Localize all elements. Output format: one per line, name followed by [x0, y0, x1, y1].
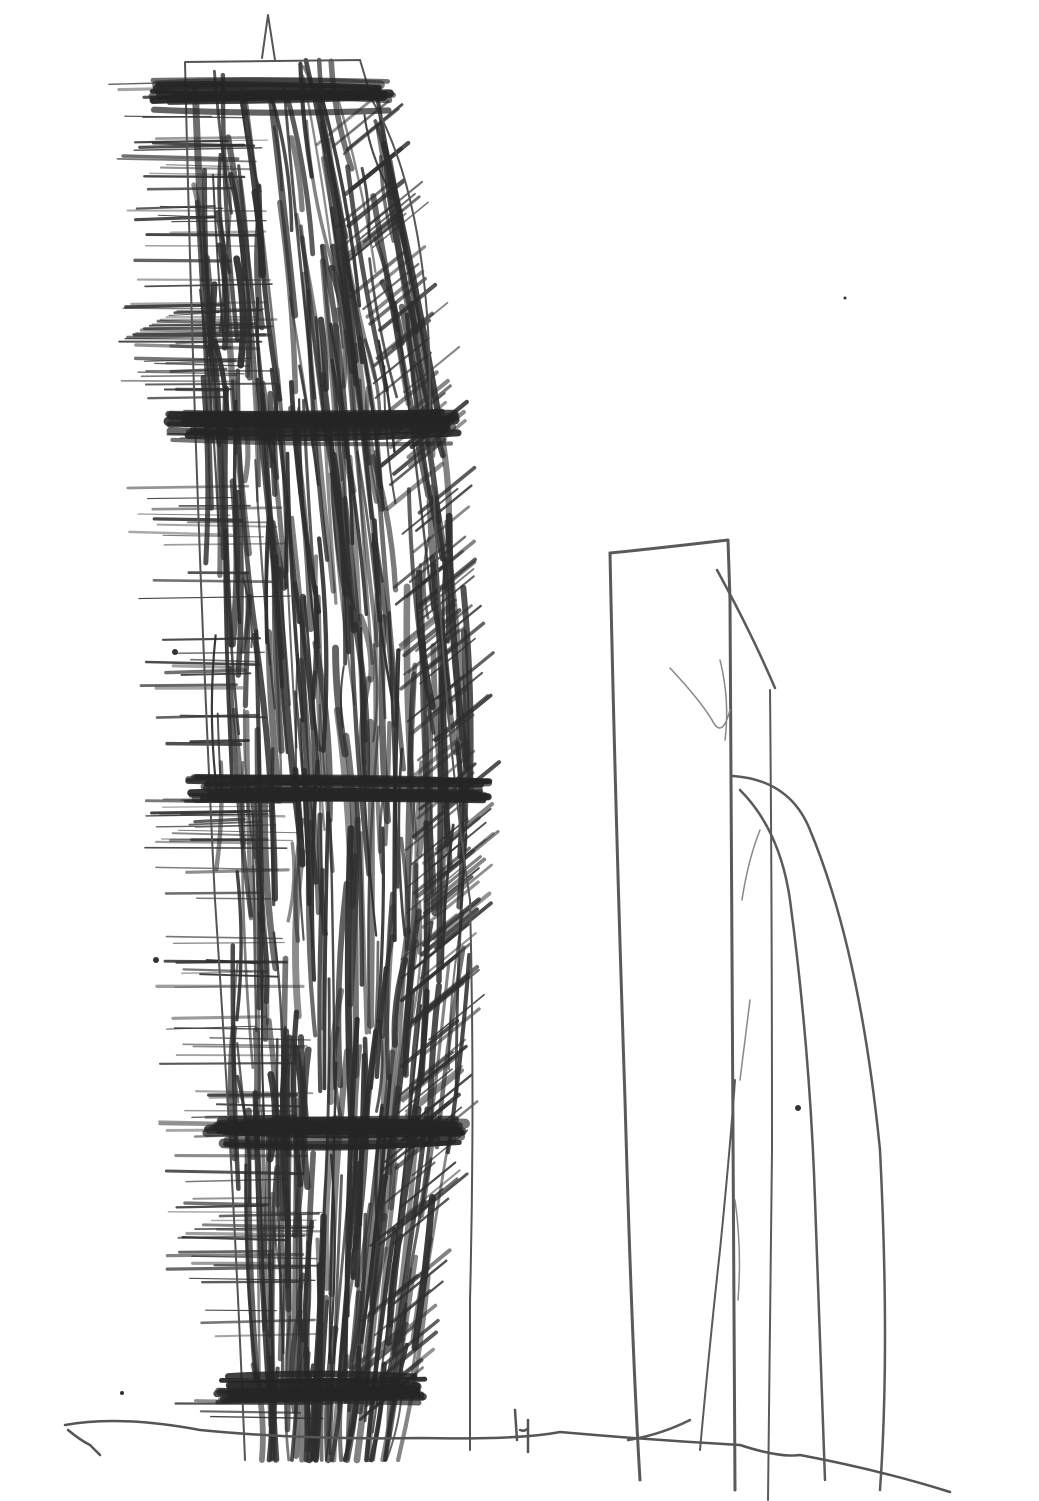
sketch-canvas	[0, 0, 1039, 1501]
paper-background	[0, 0, 1039, 1501]
